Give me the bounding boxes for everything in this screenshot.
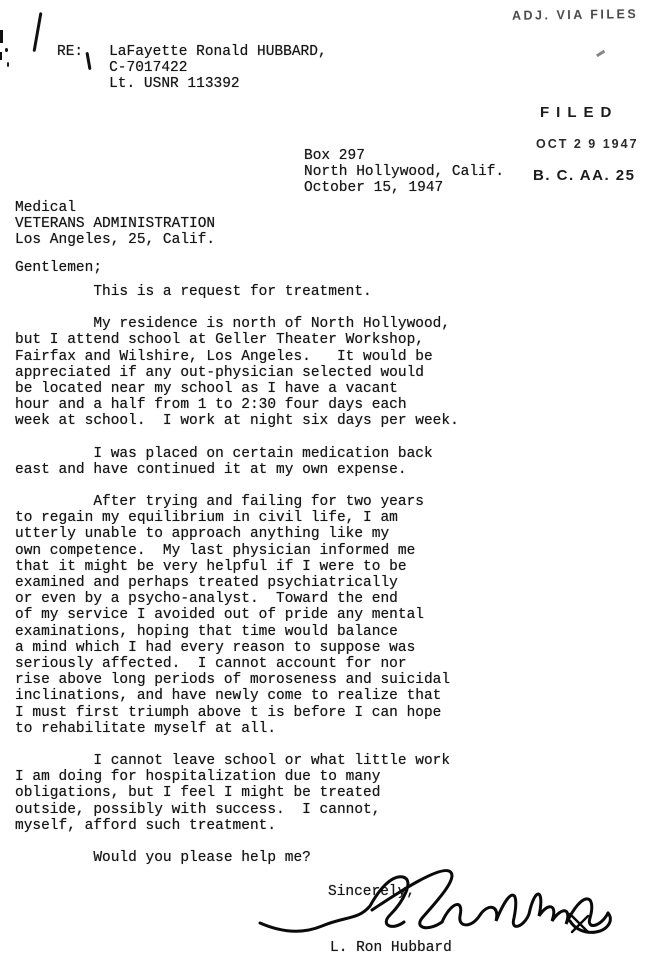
text-line: examinations, hoping that time would bal…: [15, 624, 515, 640]
text-line: Medical: [15, 200, 215, 216]
pen-mark: [7, 62, 9, 67]
text-line: Box 297: [304, 148, 504, 164]
text-line: October 15, 1947: [304, 180, 504, 196]
salutation: Gentlemen;: [15, 260, 102, 276]
text-line: to regain my equilibrium in civil life, …: [15, 510, 515, 526]
text-line: My residence is north of North Hollywood…: [15, 316, 515, 332]
text-line: This is a request for treatment.: [15, 284, 515, 300]
text-line: C-7017422: [109, 60, 327, 76]
paragraph: I cannot leave school or what little wor…: [15, 753, 515, 834]
text-line: Lt. USNR 113392: [109, 76, 327, 92]
text-line: I am doing for hospitalization due to ma…: [15, 769, 515, 785]
scan-artifact: [0, 30, 3, 43]
text-line: or even by a psycho-analyst. Toward the …: [15, 591, 515, 607]
letter-body: This is a request for treatment. My resi…: [15, 284, 515, 882]
text-line: obligations, but I feel I might be treat…: [15, 785, 515, 801]
file-code-stamp: B. C. AA. 25: [533, 167, 635, 184]
scan-artifact: [0, 52, 2, 60]
text-line: but I attend school at Geller Theater Wo…: [15, 332, 515, 348]
scanned-letter-page: ADJ. VIA FILES FILED OCT 2 9 1947 B. C. …: [0, 0, 648, 968]
text-line: be located near my school as I have a va…: [15, 381, 515, 397]
text-line: LaFayette Ronald HUBBARD,: [109, 44, 327, 60]
recipient-address: MedicalVETERANS ADMINISTRATIONLos Angele…: [15, 200, 215, 249]
text-line: utterly unable to approach anything like…: [15, 526, 515, 542]
text-line: myself, afford such treatment.: [15, 818, 515, 834]
text-line: examined and perhaps treated psychiatric…: [15, 575, 515, 591]
text-line: appreciated if any out-physician selecte…: [15, 365, 515, 381]
text-line: week at school. I work at night six days…: [15, 413, 515, 429]
text-line: VETERANS ADMINISTRATION: [15, 216, 215, 232]
text-line: I was placed on certain medication back: [15, 446, 515, 462]
paragraph: Would you please help me?: [15, 850, 515, 866]
text-line: own competence. My last physician inform…: [15, 543, 515, 559]
text-line: outside, possibly with success. I cannot…: [15, 802, 515, 818]
paragraph: I was placed on certain medication backe…: [15, 446, 515, 478]
text-line: of my service I avoided out of pride any…: [15, 607, 515, 623]
filed-stamp: FILED: [540, 104, 618, 121]
text-line: I must first triumph above t is before I…: [15, 705, 515, 721]
handwritten-signature: [252, 866, 620, 968]
text-line: After trying and failing for two years: [15, 494, 515, 510]
text-line: seriously affected. I cannot account for…: [15, 656, 515, 672]
text-line: I cannot leave school or what little wor…: [15, 753, 515, 769]
paragraph: My residence is north of North Hollywood…: [15, 316, 515, 429]
text-line: east and have continued it at my own exp…: [15, 462, 515, 478]
reference-lines: LaFayette Ronald HUBBARD,C-7017422Lt. US…: [109, 44, 327, 93]
text-line: to rehabilitate myself at all.: [15, 721, 515, 737]
sender-address: Box 297North Hollywood, Calif.October 15…: [304, 148, 504, 197]
adj-via-files-stamp: ADJ. VIA FILES: [512, 7, 638, 23]
paragraph: After trying and failing for two yearsto…: [15, 494, 515, 737]
signature-icon: [252, 866, 620, 968]
text-line: Would you please help me?: [15, 850, 515, 866]
filed-date-stamp: OCT 2 9 1947: [536, 137, 639, 151]
text-line: rise above long periods of moroseness an…: [15, 672, 515, 688]
reference-label: RE:: [57, 44, 83, 93]
pen-mark: [5, 48, 8, 52]
text-line: Los Angeles, 25, Calif.: [15, 232, 215, 248]
pen-mark: [596, 50, 605, 57]
pen-mark: [33, 12, 42, 52]
text-line: inclinations, and have newly come to rea…: [15, 688, 515, 704]
text-line: North Hollywood, Calif.: [304, 164, 504, 180]
text-line: hour and a half from 1 to 2:30 four days…: [15, 397, 515, 413]
paragraph: This is a request for treatment.: [15, 284, 515, 300]
text-line: Fairfax and Wilshire, Los Angeles. It wo…: [15, 349, 515, 365]
text-line: that it might be very helpful if I were …: [15, 559, 515, 575]
reference-block: RE: LaFayette Ronald HUBBARD,C-7017422Lt…: [57, 44, 327, 93]
text-line: a mind which I had every reason to suppo…: [15, 640, 515, 656]
